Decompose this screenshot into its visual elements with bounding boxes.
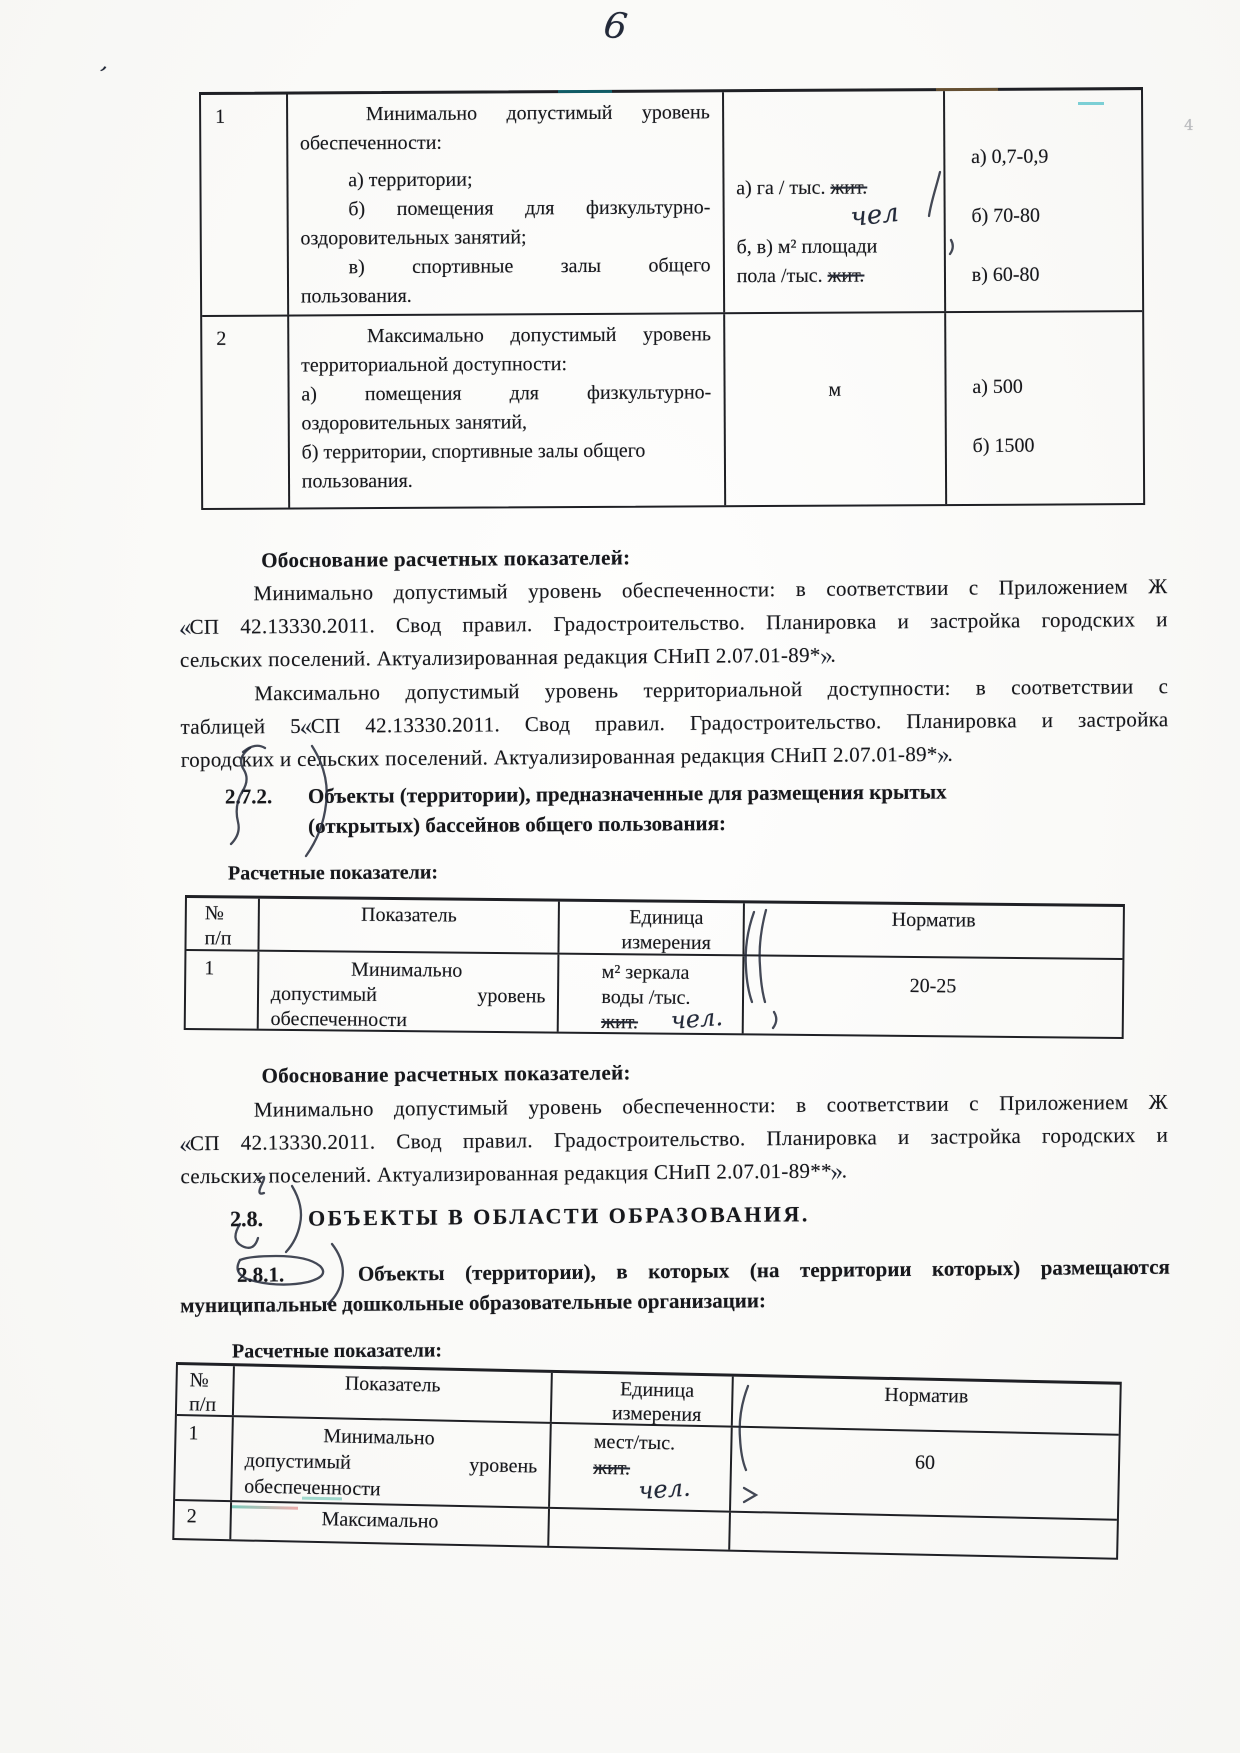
header-number-cell: №п/п [177, 1365, 235, 1415]
scanned-document-page: 6 , 4 1 Минимально допустимый уровеньобе… [0, 0, 1240, 1753]
justification-block-2: Обоснование расчетных показателей: Миним… [179, 1052, 1168, 1193]
scan-artifact [558, 90, 612, 93]
justification-heading: Обоснование расчетных показателей: [179, 538, 1167, 577]
section-number: 2.8.1. [237, 1259, 285, 1289]
text-line: обеспеченности [270, 1007, 545, 1035]
struck-word: жит. [828, 265, 865, 287]
norm-cell [730, 1513, 1117, 1558]
stray-ink-mark: , [99, 50, 112, 76]
text-line: № [189, 1368, 220, 1393]
row-number-cell: 2 [202, 317, 290, 508]
indicator-cell: Максимально допустимый уровеньтерриториа… [289, 314, 726, 507]
text-line: городских и сельских поселений. Актуализ… [181, 735, 1169, 776]
text-line: м [737, 375, 932, 405]
text-line: измерения [602, 930, 731, 956]
section-heading-2-8-1: 2.8.1. Объекты (территории), в которых (… [180, 1252, 1170, 1321]
scan-artifact [1078, 102, 1104, 105]
handwritten-close-quote: » [816, 639, 834, 672]
text-line: Минимально [271, 957, 546, 985]
text-line: б, в) м² площади [736, 232, 931, 262]
text-line: территориальной доступности: [301, 349, 711, 380]
justification-block-1: Обоснование расчетных показателей: Миним… [179, 538, 1169, 776]
text-line: в) 60-80 [972, 260, 1130, 290]
handwritten-close-quote: » [827, 1155, 845, 1189]
text-line: а) 500 [972, 372, 1130, 402]
justification-paragraph: Минимально допустимый уровень обеспеченн… [179, 571, 1168, 676]
section-heading-2-7-2: 2.7.2. Объекты (территории), предназначе… [180, 776, 1000, 842]
scan-artifact [936, 88, 998, 91]
text-line: а) территории; [300, 164, 710, 195]
text-line: пользования. [301, 280, 711, 311]
faint-scan-mark: 4 [1184, 116, 1194, 134]
text-line: пола /тыс. жит. [737, 261, 932, 291]
indicator-cell: Минимальнодопустимый уровеньобеспеченнос… [259, 952, 560, 1032]
section-number: 2.7.2. [225, 781, 272, 811]
justification-paragraph: Максимально допустимый уровень территори… [180, 671, 1169, 776]
unit-cell: чел. м² зеркалаводы /тыс. жит. [559, 955, 744, 1034]
text-line: б) территории, спортивные залы общего [302, 436, 712, 467]
unit-cell: м [725, 313, 947, 505]
table-row: 1 Минимальнодопустимый уровеньобеспеченн… [186, 951, 1123, 1037]
text-line: Единица [595, 1377, 720, 1404]
norm-cell: а) 500б) 1500 [946, 312, 1143, 504]
handwritten-chel-note: чел [849, 199, 900, 233]
table-sports-facilities: 1 Минимально допустимый уровеньобеспечен… [199, 87, 1145, 510]
text-line: обеспеченности: [300, 127, 710, 158]
text-line: п/п [189, 1392, 220, 1417]
handwritten-chel-note: чел. [638, 1475, 692, 1504]
text-line: б) 70-80 [971, 201, 1129, 231]
section-title: Объекты (территории), предназначенные дл… [308, 776, 958, 841]
handwritten-page-number: 6 [601, 5, 629, 49]
text-line: б) 1500 [973, 431, 1131, 461]
text-line: а) помещения для физкультурно- [301, 378, 711, 409]
text-line: (открытых) бассейнов общего пользования: [308, 806, 958, 841]
header-norm-cell: Норматив [744, 903, 1123, 958]
header-norm-cell: Норматив [733, 1377, 1120, 1434]
handwritten-open-quote: « [175, 1127, 193, 1161]
row-number-cell: 1 [175, 1416, 234, 1500]
handwritten-chel-note: чел. [670, 1005, 724, 1034]
indicator-cell: Минимально допустимый уровеньобеспеченно… [288, 92, 725, 314]
text-line: пользования. [302, 465, 712, 496]
text-line: а) га / тыс. жит. [736, 173, 931, 203]
indicator-cell: Минимальнодопустимый уровеньобеспеченнос… [232, 1417, 552, 1507]
table-row: 2 Максимально допустимый уровеньтерритор… [202, 312, 1143, 508]
text-line: п/п [204, 926, 245, 951]
text-line: Минимально допустимый уровень [300, 98, 710, 129]
row-number-cell: 2 [174, 1501, 232, 1539]
text-line: сельских поселений. Актуализированная ре… [180, 635, 1168, 676]
header-number-cell: №п/п [186, 898, 259, 950]
table-row: 1 Минимально допустимый уровеньобеспечен… [201, 90, 1142, 317]
handwritten-open-quote: « [175, 611, 193, 644]
norm-cell: 20-25 [743, 956, 1122, 1037]
struck-word: жит. [593, 1457, 630, 1480]
text-line: Максимально допустимый уровень [301, 320, 711, 351]
text-line: Объекты (территории), предназначенные дл… [308, 776, 958, 811]
unit-cell: чел а) га / тыс. жит.б, в) м² площадипол… [724, 91, 946, 312]
text-line: б) помещения для физкультурно- [300, 193, 710, 224]
text-line: м² зеркала [602, 960, 731, 986]
table-preschool: №п/п Показатель Единицаизмерения Нормати… [172, 1362, 1122, 1560]
text-line: в) спортивные залы общего [301, 251, 711, 282]
section-heading-2-8: 2.8. ОБЪЕКТЫ В ОБЛАСТИ ОБРАЗОВАНИЯ. [180, 1201, 810, 1232]
section-number: 2.8. [230, 1206, 263, 1232]
struck-word: жит. [601, 1011, 638, 1033]
header-unit-cell: Единицаизмерения [560, 902, 745, 955]
text-line: Единица [602, 905, 731, 931]
row-number-cell: 1 [201, 95, 289, 315]
section-title: Объекты (территории), в которых (на терр… [180, 1252, 1170, 1321]
handwritten-close-quote: » [933, 738, 951, 771]
text-line: допустимый уровень [271, 982, 546, 1010]
text-line: оздоровительных занятий, [301, 407, 711, 438]
header-unit-cell: Единицаизмерения [552, 1373, 733, 1426]
section-title: ОБЪЕКТЫ В ОБЛАСТИ ОБРАЗОВАНИЯ. [308, 1201, 810, 1231]
calc-indicators-label: Расчетные показатели: [228, 861, 438, 885]
row-number-cell: 1 [186, 951, 260, 1029]
norm-cell: а) 0,7-0,9б) 70-80в) 60-80 [945, 90, 1142, 311]
header-indicator-cell: Показатель [234, 1366, 554, 1422]
handwritten-open-quote: « [296, 710, 314, 743]
unit-cell: чел. мест/тыс.жит. [550, 1424, 732, 1511]
header-indicator-cell: Показатель [259, 899, 560, 953]
text-line: № [205, 901, 246, 926]
table-pools: №п/п Показатель Единицаизмерения Нормати… [184, 895, 1125, 1039]
justification-paragraph: Минимально допустимый уровень обеспеченн… [180, 1086, 1169, 1193]
text-line: мест/тыс. [594, 1429, 719, 1458]
norm-cell: 60 [731, 1428, 1119, 1519]
calc-indicators-label: Расчетные показатели: [232, 1339, 442, 1363]
table-header-row: №п/п Показатель Единицаизмерения Нормати… [186, 898, 1122, 960]
struck-word: жит. [830, 177, 867, 199]
text-line: а) 0,7-0,9 [971, 142, 1129, 172]
text-line: оздоровительных занятий; [300, 222, 710, 253]
text-line: измерения [594, 1401, 719, 1428]
unit-cell [550, 1509, 731, 1550]
